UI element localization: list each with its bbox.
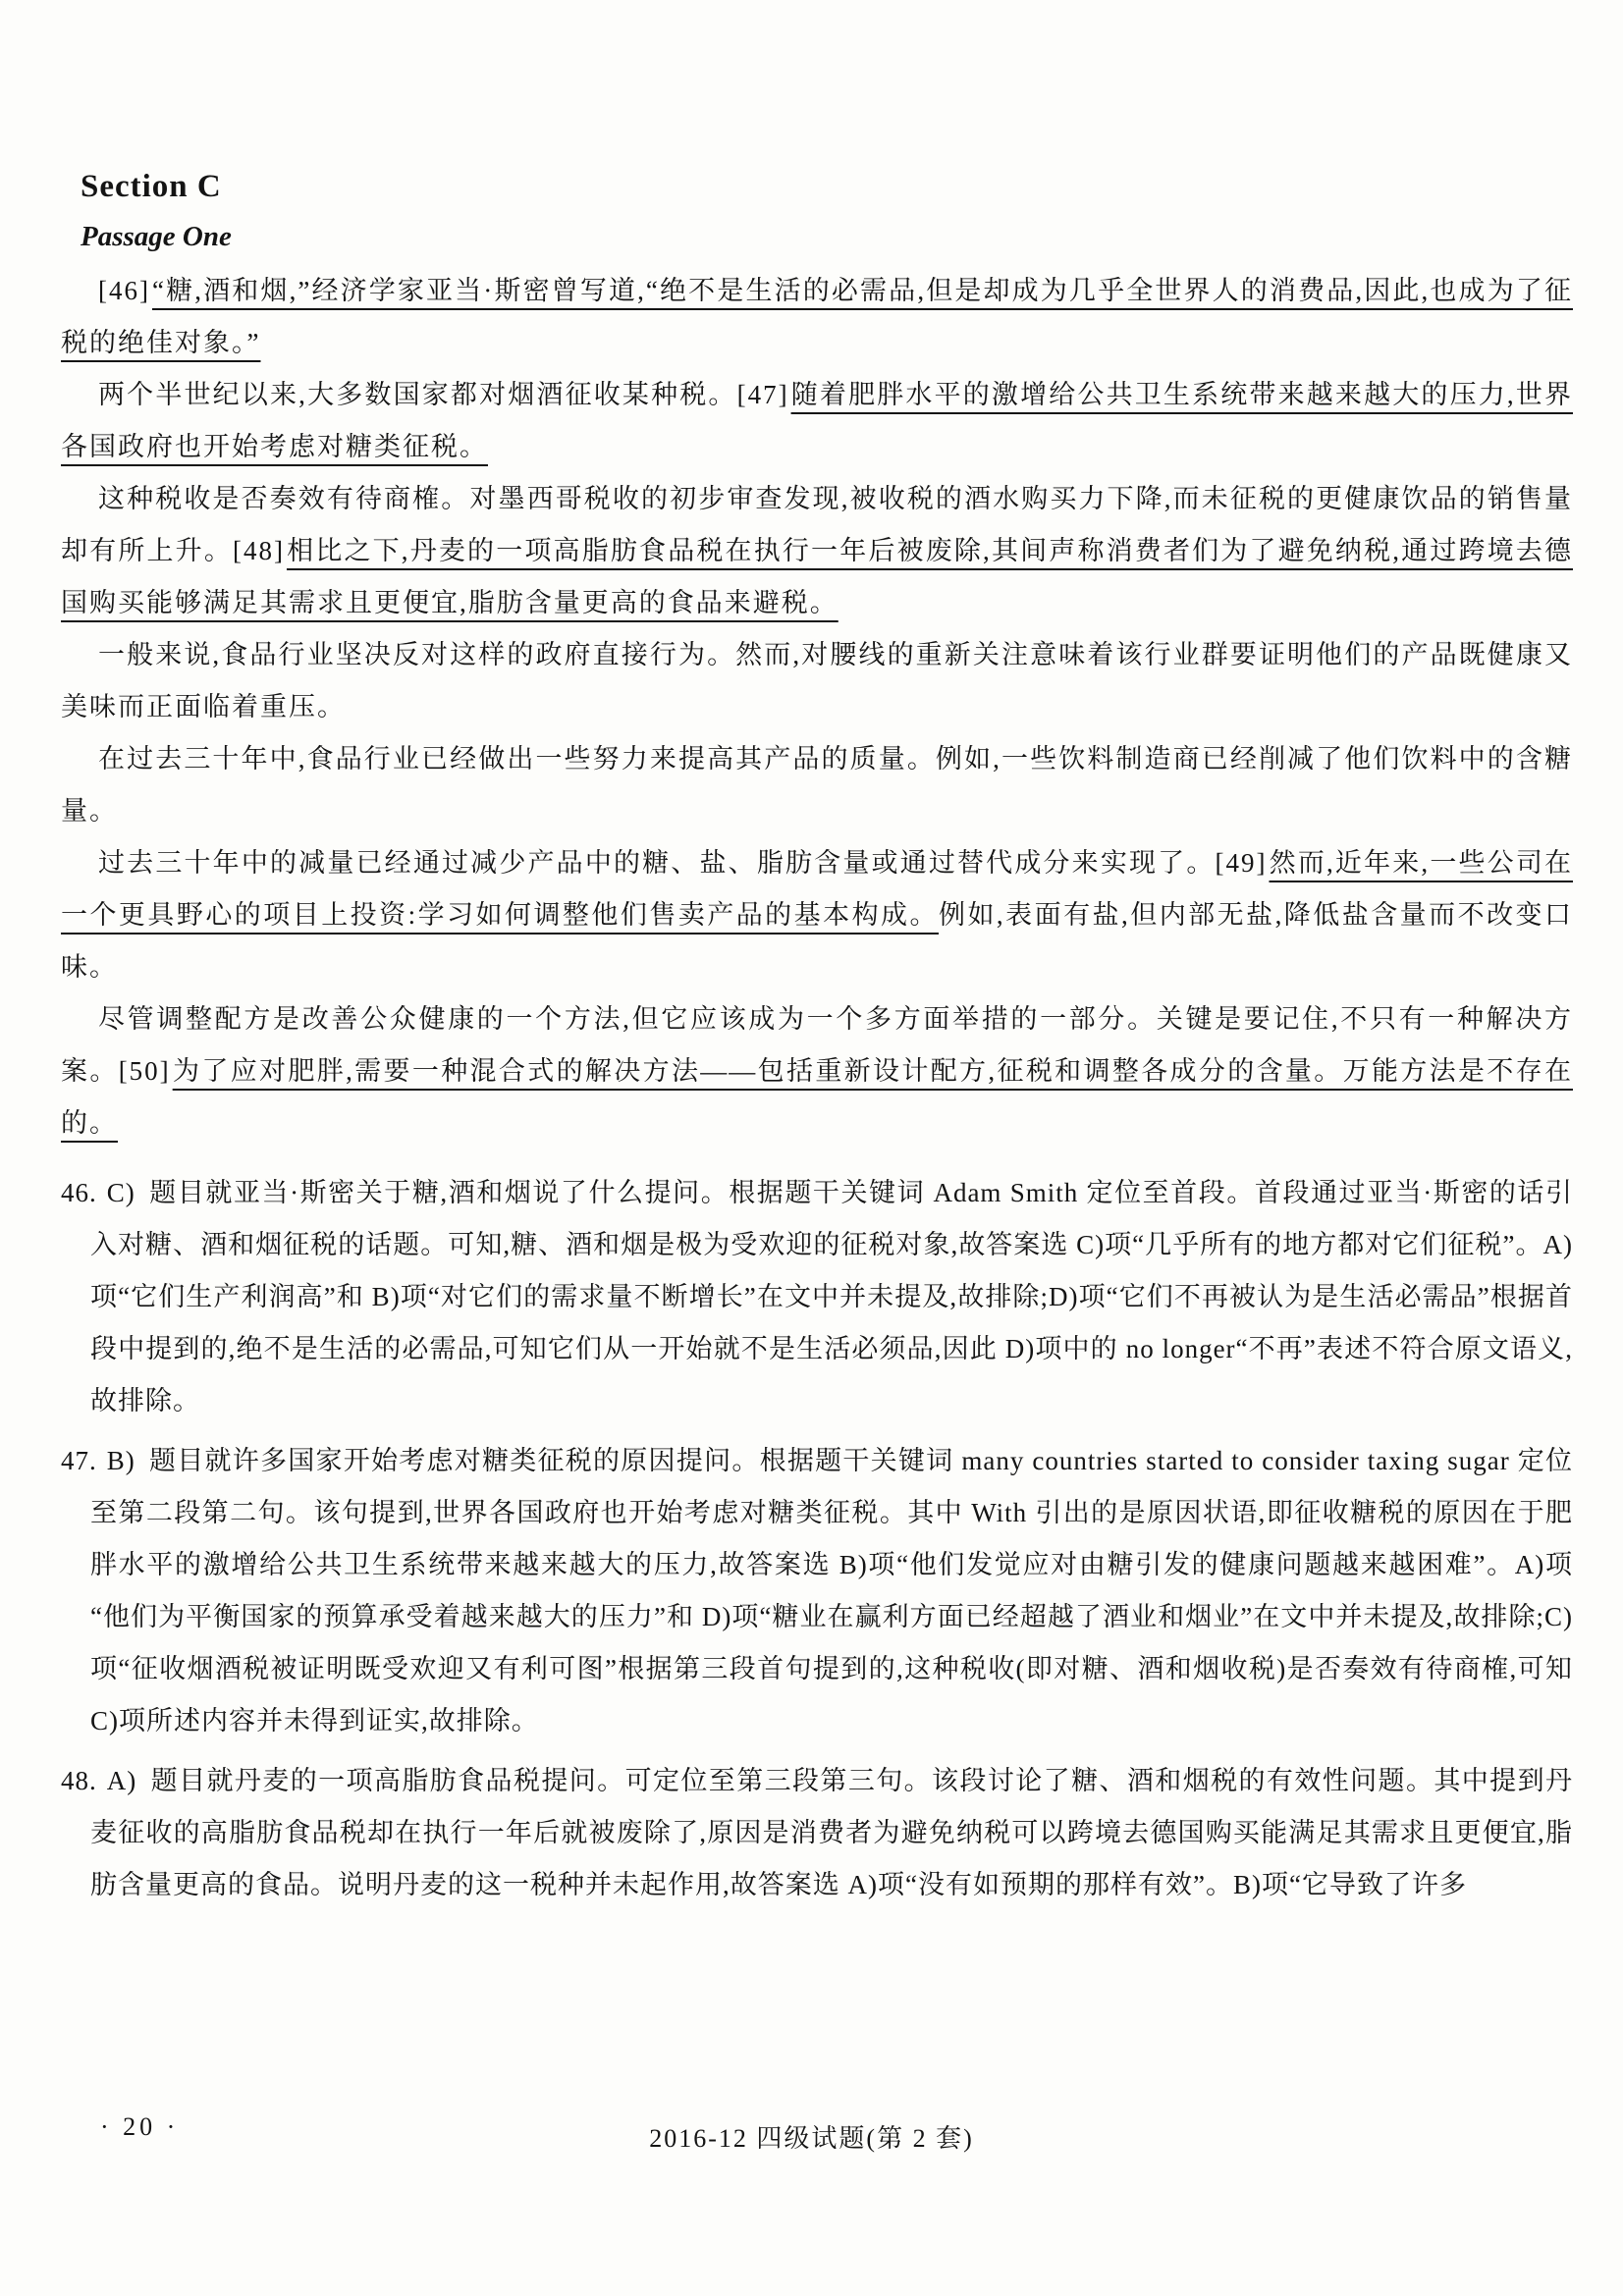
question-marker: [50]: [119, 1056, 173, 1086]
text-segment: 一般来说,食品行业坚决反对这样的政府直接行为。然而,对腰线的重新关注意味着该行业…: [61, 640, 1573, 721]
underlined-segment: 相比之下,丹麦的一项高脂肪食品税在执行一年后被废除,其间声称消费者们为了避免纳税…: [61, 536, 1573, 617]
passage-paragraph: [46]“糖,酒和烟,”经济学家亚当·斯密曾写道,“绝不是生活的必需品,但是却成…: [61, 265, 1573, 369]
question-item: 48.A)题目就丹麦的一项高脂肪食品税提问。可定位至第三段第三句。该段讨论了糖、…: [61, 1755, 1573, 1911]
question-marker: [49]: [1216, 848, 1270, 878]
question-number: 48.: [61, 1766, 97, 1795]
text-segment: 过去三十年中的减量已经通过减少产品中的糖、盐、脂肪含量或通过替代成分来实现了。: [98, 848, 1216, 878]
passage-paragraph: 一般来说,食品行业坚决反对这样的政府直接行为。然而,对腰线的重新关注意味着该行业…: [61, 629, 1573, 733]
page-footer: · 20 · 2016-12 四级试题(第 2 套): [0, 2112, 1623, 2171]
passage: [46]“糖,酒和烟,”经济学家亚当·斯密曾写道,“绝不是生活的必需品,但是却成…: [61, 265, 1573, 1149]
scanned-exam-page: Section C Passage One [46]“糖,酒和烟,”经济学家亚当…: [0, 0, 1623, 2296]
question-marker: [47]: [737, 380, 791, 409]
answer-letter: C): [107, 1178, 135, 1207]
question-number: 47.: [61, 1446, 97, 1475]
question-explanation: 题目就丹麦的一项高脂肪食品税提问。可定位至第三段第三句。该段讨论了糖、酒和烟税的…: [90, 1766, 1573, 1899]
underlined-segment: 为了应对肥胖,需要一种混合式的解决方法——包括重新设计配方,征税和调整各成分的含…: [61, 1056, 1573, 1138]
passage-paragraph: 两个半世纪以来,大多数国家都对烟酒征收某种税。[47]随着肥胖水平的激增给公共卫…: [61, 369, 1573, 473]
text-segment: 在过去三十年中,食品行业已经做出一些努力来提高其产品的质量。例如,一些饮料制造商…: [61, 744, 1573, 826]
passage-paragraph: 过去三十年中的减量已经通过减少产品中的糖、盐、脂肪含量或通过替代成分来实现了。[…: [61, 837, 1573, 993]
passage-paragraph: 尽管调整配方是改善公众健康的一个方法,但它应该成为一个多方面举措的一部分。关键是…: [61, 993, 1573, 1149]
question-item: 47.B)题目就许多国家开始考虑对糖类征税的原因提问。根据题干关键词 many …: [61, 1435, 1573, 1747]
page-content: Section C Passage One [46]“糖,酒和烟,”经济学家亚当…: [61, 169, 1573, 1919]
answer-letter: B): [107, 1446, 135, 1475]
underlined-segment: “糖,酒和烟,”经济学家亚当·斯密曾写道,“绝不是生活的必需品,但是却成为几乎全…: [61, 276, 1573, 357]
question-marker: [46]: [98, 276, 152, 305]
question-item: 46.C)题目就亚当·斯密关于糖,酒和烟说了什么提问。根据题干关键词 Adam …: [61, 1167, 1573, 1427]
questions: 46.C)题目就亚当·斯密关于糖,酒和烟说了什么提问。根据题干关键词 Adam …: [61, 1167, 1573, 1911]
section-title: Section C: [81, 169, 1573, 205]
passage-paragraph: 这种税收是否奏效有待商榷。对墨西哥税收的初步审查发现,被收税的酒水购买力下降,而…: [61, 473, 1573, 629]
exam-label: 2016-12 四级试题(第 2 套): [0, 2118, 1623, 2155]
question-marker: [48]: [233, 536, 287, 565]
question-explanation: 题目就亚当·斯密关于糖,酒和烟说了什么提问。根据题干关键词 Adam Smith…: [90, 1178, 1573, 1415]
passage-title: Passage One: [81, 221, 1573, 253]
passage-paragraph: 在过去三十年中,食品行业已经做出一些努力来提高其产品的质量。例如,一些饮料制造商…: [61, 733, 1573, 837]
answer-letter: A): [107, 1766, 137, 1795]
question-number: 46.: [61, 1178, 97, 1207]
question-explanation: 题目就许多国家开始考虑对糖类征税的原因提问。根据题干关键词 many count…: [90, 1446, 1573, 1735]
text-segment: 两个半世纪以来,大多数国家都对烟酒征收某种税。: [98, 380, 737, 409]
